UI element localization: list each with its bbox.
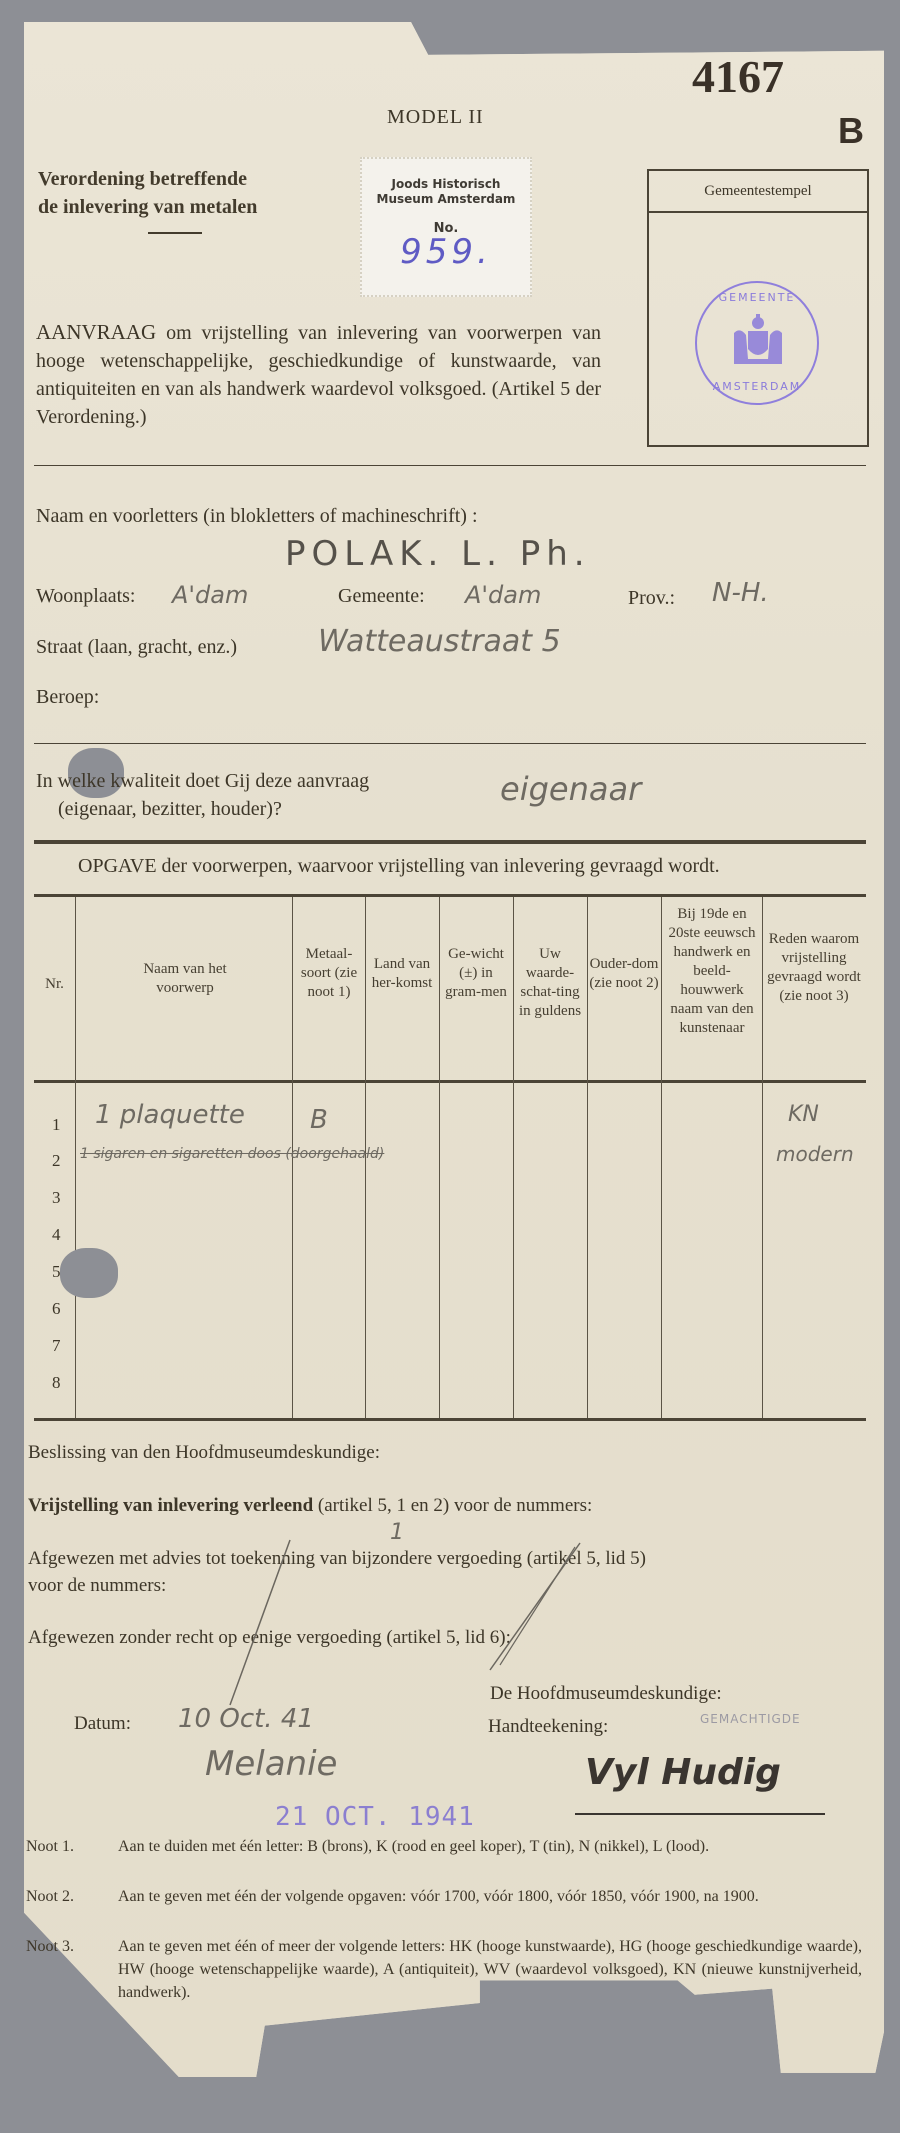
row-nr-7: 7 xyxy=(52,1336,61,1356)
seal-top-text: GEMEENTE xyxy=(697,291,817,304)
gemachtigde-stamp: GEMACHTIGDE xyxy=(700,1712,801,1726)
row-nr-6: 6 xyxy=(52,1299,61,1319)
row-nr-1: 1 xyxy=(52,1115,61,1135)
row-2-naam[interactable]: 1 sigaren en sigaretten doos (doorgehaal… xyxy=(80,1146,384,1162)
column-rule xyxy=(439,897,440,1418)
signer-label: De Hoofdmuseumdeskundige: xyxy=(490,1683,722,1705)
beslissing-heading: Beslissing van den Hoofdmuseumdeskundige… xyxy=(28,1442,380,1464)
date-stamp: 21 OCT. 1941 xyxy=(275,1802,475,1832)
coat-of-arms-icon xyxy=(731,313,785,369)
note-2-text: Aan te geven met één der volgende opgave… xyxy=(118,1885,862,1908)
note-1: Noot 1. Aan te duiden met één letter: B … xyxy=(26,1835,866,1885)
seal-bottom-text: AMSTERDAM xyxy=(697,380,817,393)
note-2-label: Noot 2. xyxy=(26,1885,74,1908)
table-header-rule xyxy=(34,1080,866,1083)
table-bottom-rule xyxy=(34,1418,866,1421)
column-rule xyxy=(762,897,763,1418)
datum-initial: Melanie xyxy=(205,1744,337,1784)
note-3: Noot 3. Aan te geven met één of meer der… xyxy=(26,1935,866,2035)
column-rule xyxy=(513,897,514,1418)
paper-hole xyxy=(60,1248,118,1298)
verleend-rest: (artikel 5, 1 en 2) voor de nummers: xyxy=(313,1495,592,1516)
row-2-reden[interactable]: modern xyxy=(776,1142,854,1166)
divider-thick xyxy=(34,840,866,844)
prov-label: Prov.: xyxy=(628,587,675,610)
column-rule xyxy=(661,897,662,1418)
divider xyxy=(34,465,866,466)
datum-label: Datum: xyxy=(74,1713,131,1735)
name-label: Naam en voorletters (in blokletters of m… xyxy=(36,505,478,528)
note-3-text: Aan te geven met één of meer der volgend… xyxy=(118,1935,862,2004)
straat-field[interactable]: Watteaustraat 5 xyxy=(318,624,561,659)
signature: Vyl Hudig xyxy=(585,1752,781,1793)
table-top-rule xyxy=(34,894,866,897)
form-title-line-1: Verordening betreffende xyxy=(38,165,257,193)
col-header-kunstenaar: Bij 19de en 20ste eeuwsch handwerk en be… xyxy=(663,905,761,1038)
note-1-label: Noot 1. xyxy=(26,1835,74,1858)
application-description: AANVRAAG om vrijstelling van inlevering … xyxy=(36,318,601,431)
straat-label: Straat (laan, gracht, enz.) xyxy=(36,636,237,659)
col-header-nr: Nr. xyxy=(34,975,75,994)
series-letter: B xyxy=(838,110,864,152)
opgave-heading: OPGAVE der voorwerpen, waarvoor vrijstel… xyxy=(78,855,720,878)
row-1-reden[interactable]: KN xyxy=(788,1102,819,1127)
verleend-line: Vrijstelling van inlevering verleend (ar… xyxy=(28,1495,592,1517)
kwaliteit-field[interactable]: eigenaar xyxy=(500,770,641,808)
verleend-bold: Vrijstelling van inlevering verleend xyxy=(28,1495,313,1516)
woonplaats-label: Woonplaats: xyxy=(36,585,135,608)
afgewezen-advies-line-2: voor de nummers: xyxy=(28,1575,166,1597)
title-divider xyxy=(148,232,202,234)
prov-field[interactable]: N-H. xyxy=(712,578,769,608)
model-label: MODEL II xyxy=(387,106,484,129)
gemeente-label: Gemeente: xyxy=(338,585,425,608)
note-1-text: Aan te duiden met één letter: B (brons),… xyxy=(118,1835,862,1858)
museum-name-line-1: Joods Historisch xyxy=(362,177,530,192)
row-nr-3: 3 xyxy=(52,1188,61,1208)
col-header-land: Land van her-komst xyxy=(367,955,437,993)
kwaliteit-label-1: In welke kwaliteit doet Gij deze aanvraa… xyxy=(36,770,369,793)
gemeente-field[interactable]: A'dam xyxy=(465,581,541,609)
col-header-reden: Reden waarom vrijstelling gevraagd wordt… xyxy=(764,930,864,1006)
row-1-naam[interactable]: 1 plaquette xyxy=(95,1100,245,1130)
note-2: Noot 2. Aan te geven met één der volgend… xyxy=(26,1885,866,1935)
datum-field[interactable]: 10 Oct. 41 xyxy=(178,1704,314,1734)
beroep-label: Beroep: xyxy=(36,686,99,709)
woonplaats-field[interactable]: A'dam xyxy=(172,581,248,609)
col-header-ouderdom: Ouder-dom (zie noot 2) xyxy=(589,955,659,993)
signature-underline xyxy=(575,1813,825,1815)
column-rule xyxy=(75,897,76,1418)
beroep-field[interactable] xyxy=(120,686,420,710)
row-1-metaalsoort[interactable]: B xyxy=(310,1105,328,1135)
municipal-stamp-box: Gemeentestempel GEMEENTE AMSTERDAM xyxy=(647,169,869,447)
col-header-waardeschatting: Uw waarde-schat-ting in guldens xyxy=(515,945,585,1021)
kwaliteit-label-2: (eigenaar, bezitter, houder)? xyxy=(58,798,282,821)
form-title-line-2: de inlevering van metalen xyxy=(38,193,257,221)
row-nr-8: 8 xyxy=(52,1373,61,1393)
handteekening-label: Handteekening: xyxy=(488,1716,608,1738)
row-nr-4: 4 xyxy=(52,1225,61,1245)
document-number: 4167 xyxy=(692,50,784,103)
col-header-naam: Naam van het voorwerp xyxy=(120,960,250,998)
museum-name-line-2: Museum Amsterdam xyxy=(362,192,530,207)
municipal-stamp-header: Gemeentestempel xyxy=(649,171,867,213)
col-header-metaalsoort: Metaal-soort (zie noot 1) xyxy=(294,945,364,1002)
museum-inventory-label: Joods Historisch Museum Amsterdam No. 95… xyxy=(360,157,532,297)
divider xyxy=(34,743,866,744)
form-title: Verordening betreffende de inlevering va… xyxy=(38,165,257,221)
col-header-gewicht: Ge-wicht (±) in gram-men xyxy=(441,945,511,1002)
name-field[interactable]: POLAK. L. Ph. xyxy=(285,534,591,574)
museum-name: Joods Historisch Museum Amsterdam xyxy=(362,177,530,207)
note-3-label: Noot 3. xyxy=(26,1935,74,1958)
amsterdam-seal-icon: GEMEENTE AMSTERDAM xyxy=(695,281,819,405)
row-nr-2: 2 xyxy=(52,1151,61,1171)
aanvraag-lead: AANVRAAG xyxy=(36,320,156,344)
column-rule xyxy=(587,897,588,1418)
inventory-number: 959. xyxy=(362,232,530,272)
